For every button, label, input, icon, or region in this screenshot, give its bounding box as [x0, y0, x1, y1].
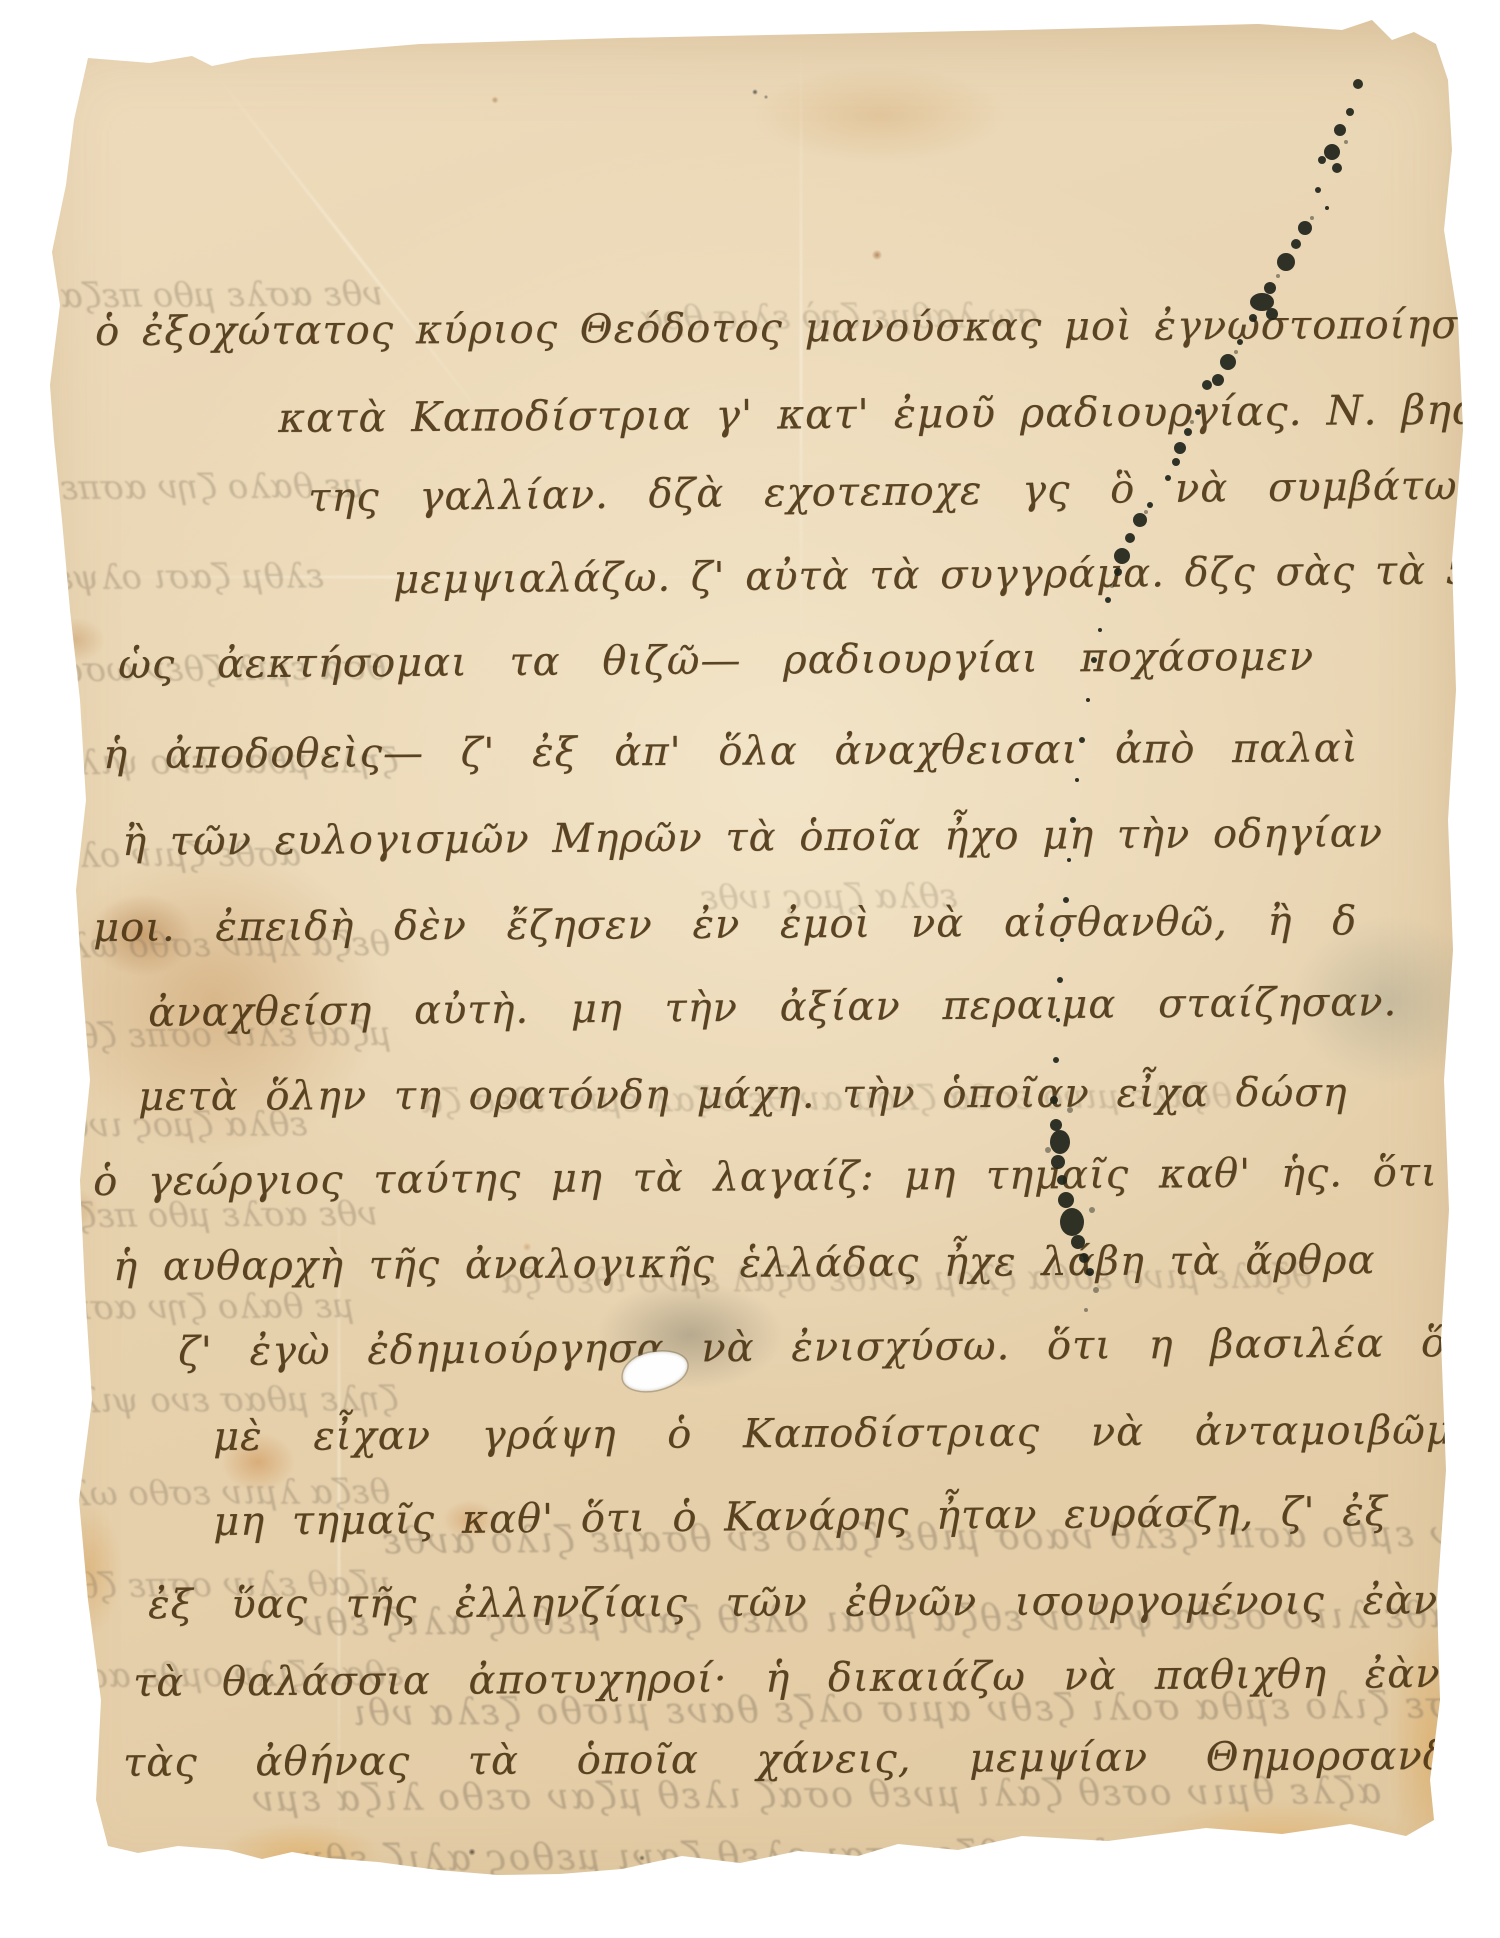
bleed-through-text: ελθμ ζασι ολψε: [55, 559, 324, 595]
handwritten-line: ζ' ἐγὼ ἐδημιούργησα νὰ ἐνισχύσω. ὅτι η β…: [178, 1323, 1500, 1372]
handwritten-line: ἡ αυθαρχὴ τῆς ἀναλογικῆς ἑλλάδας ἦχε λάβ…: [113, 1240, 1376, 1287]
handwritten-line: ἡ ἀποδοθεὶς— ζ' ἐξ ἀπ' ὅλα ἀναχθεισαι ἀπ…: [103, 728, 1359, 775]
handwritten-line: ἢ τῶν ευλογισμῶν Μηρῶν τὰ ὁποῖα ἦχο μη τ…: [122, 813, 1383, 862]
handwritten-line: ἀναχθείση αὐτὴ. μη τὴν ἀξίαν περαιμα στα…: [148, 982, 1397, 1033]
handwritten-line: ὁ ἐξοχώτατος κύριος Θεόδοτος μανούσκας μ…: [95, 304, 1500, 352]
handwritten-line: μὲ εἶχαν γράψη ὁ Καποδίστριας νὰ ἀνταμοι…: [213, 1410, 1500, 1457]
handwritten-line: μετὰ ὅλην τη ορατόνδη μάχη. τὴν ὁποῖαν ε…: [138, 1073, 1348, 1117]
handwritten-line: τὰ θαλάσσια ἀποτυχηροί· ἡ δικαιάζω νὰ πα…: [133, 1654, 1441, 1703]
manuscript-paper: νθε ασλε μθο πεζα σω λαθμε ζηὸ ελισ θρα …: [0, 0, 1500, 1938]
handwritten-line: ὡς ἀεκτήσομαι τα θιζῶ— ραδιουργίαι ποχάσ…: [118, 637, 1314, 685]
handwritten-line: μη τημαῖς καθ' ὅτι ὁ Κανάρης ἦταν ευράσζ…: [213, 1492, 1388, 1542]
handwritten-line: τὰς ἀθήνας τὰ ὁποῖα χάνεις, μεμψίαν Θημο…: [123, 1736, 1448, 1783]
handwritten-line: ἐξ ὕας τῆς ἐλληνζίαις τῶν ἐθνῶν ισουργομ…: [148, 1580, 1438, 1625]
handwritten-header: ϐιὰς ἐπὶ ἀζήαχα ἀποδεοχὴ τῶ λαρρῶν.: [0, 0, 852, 38]
handwritten-line: της γαλλίαν. δζὰ εχοτεποχε γς ὃ νὰ συμβά…: [308, 466, 1458, 518]
handwritten-line: μεμψιαλάζω. ζ' αὐτὰ τὰ συγγράμα. δζς σὰς…: [393, 550, 1500, 600]
crease-diagonal: [215, 74, 487, 422]
bleed-through-text: ζμαθε λινο σεθα ψιλον εθζα μσαι ολεθ ζαν…: [300, 1834, 1500, 1878]
handwritten-line: ὁ γεώργιος ταύτης μη τὰ λαγαίζ: μη τημαῖ…: [93, 1153, 1438, 1202]
bleed-through-text: με θαλο ζην ασπε: [50, 1289, 355, 1325]
manuscript-photo: νθε ασλε μθο πεζα σω λαθμε ζηὸ ελισ θρα …: [0, 0, 1500, 1938]
handwritten-line: κατὰ Καποδίστρια γ' κατ' ἐμοῦ ραδιουργία…: [278, 389, 1500, 439]
handwritten-line: μοι. ἐπειδὴ δὲν ἔζησεν ἐν ἐμοὶ νὰ αἰσθαν…: [93, 901, 1357, 948]
